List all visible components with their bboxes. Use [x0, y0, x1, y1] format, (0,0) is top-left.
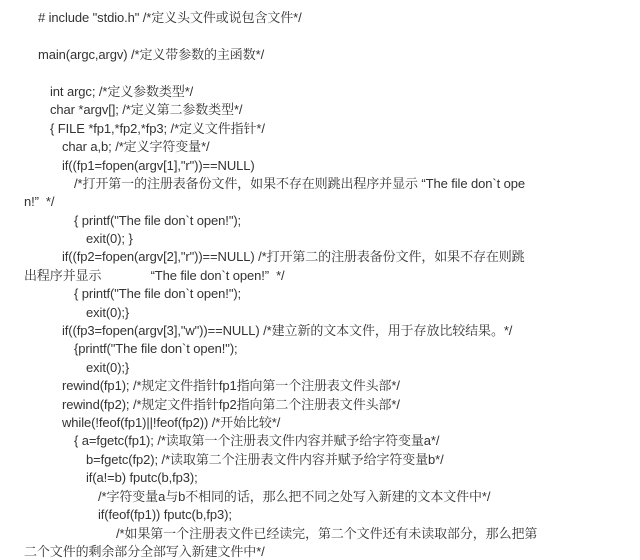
code-line: char a,b; /*定义字符变量*/ — [62, 138, 210, 156]
code-line: if(a!=b) fputc(b,fp3); — [86, 469, 198, 487]
code-line: {printf("The file don`t open!"); — [74, 340, 238, 358]
code-line: exit(0);} — [86, 304, 129, 322]
code-line: 二个文件的剩余部分全部写入新建文件中*/ — [24, 543, 265, 560]
code-line: if(feof(fp1)) fputc(b,fp3); — [98, 506, 232, 524]
code-document: # include "stdio.h" /*定义头文件或说包含文件*/main(… — [0, 0, 640, 560]
code-line: n!” */ — [24, 193, 54, 211]
code-line: char *argv[]; /*定义第二参数类型*/ — [50, 101, 242, 119]
code-line: exit(0); } — [86, 230, 133, 248]
code-line: exit(0);} — [86, 359, 129, 377]
code-line: b=fgetc(fp2); /*读取第二个注册表文件内容并赋予给字符变量b*/ — [86, 451, 444, 469]
code-line: if((fp3=fopen(argv[3],"w"))==NULL) /*建立新… — [62, 322, 512, 340]
code-line: main(argc,argv) /*定义带参数的主函数*/ — [38, 46, 264, 64]
code-line: /*如果第一个注册表文件已经读完，第二个文件还有未读取部分，那么把第 — [116, 525, 537, 543]
code-line: { a=fgetc(fp1); /*读取第一个注册表文件内容并赋予给字符变量a*… — [74, 432, 439, 450]
code-line: while(!feof(fp1)||!feof(fp2)) /*开始比较*/ — [62, 414, 280, 432]
code-line: 出程序并显示 “The file don`t open!” */ — [24, 267, 285, 285]
code-line: rewind(fp2); /*规定文件指针fp2指向第二个注册表文件头部*/ — [62, 396, 400, 414]
code-line: int argc; /*定义参数类型*/ — [50, 83, 193, 101]
code-line: { printf("The file don`t open!"); — [74, 212, 241, 230]
code-line: if((fp1=fopen(argv[1],"r"))==NULL) — [62, 157, 255, 175]
code-line: # include "stdio.h" /*定义头文件或说包含文件*/ — [38, 9, 302, 27]
code-line: { FILE *fp1,*fp2,*fp3; /*定义文件指针*/ — [50, 120, 265, 138]
code-line: /*字符变量a与b不相同的话，那么把不同之处写入新建的文本文件中*/ — [98, 488, 490, 506]
code-line: /*打开第一的注册表备份文件，如果不存在则跳出程序并显示 “The file d… — [74, 175, 525, 193]
code-line: if((fp2=fopen(argv[2],"r"))==NULL) /*打开第… — [62, 248, 525, 266]
code-line: rewind(fp1); /*规定文件指针fp1指向第一个注册表文件头部*/ — [62, 377, 400, 395]
code-line: { printf("The file don`t open!"); — [74, 285, 241, 303]
